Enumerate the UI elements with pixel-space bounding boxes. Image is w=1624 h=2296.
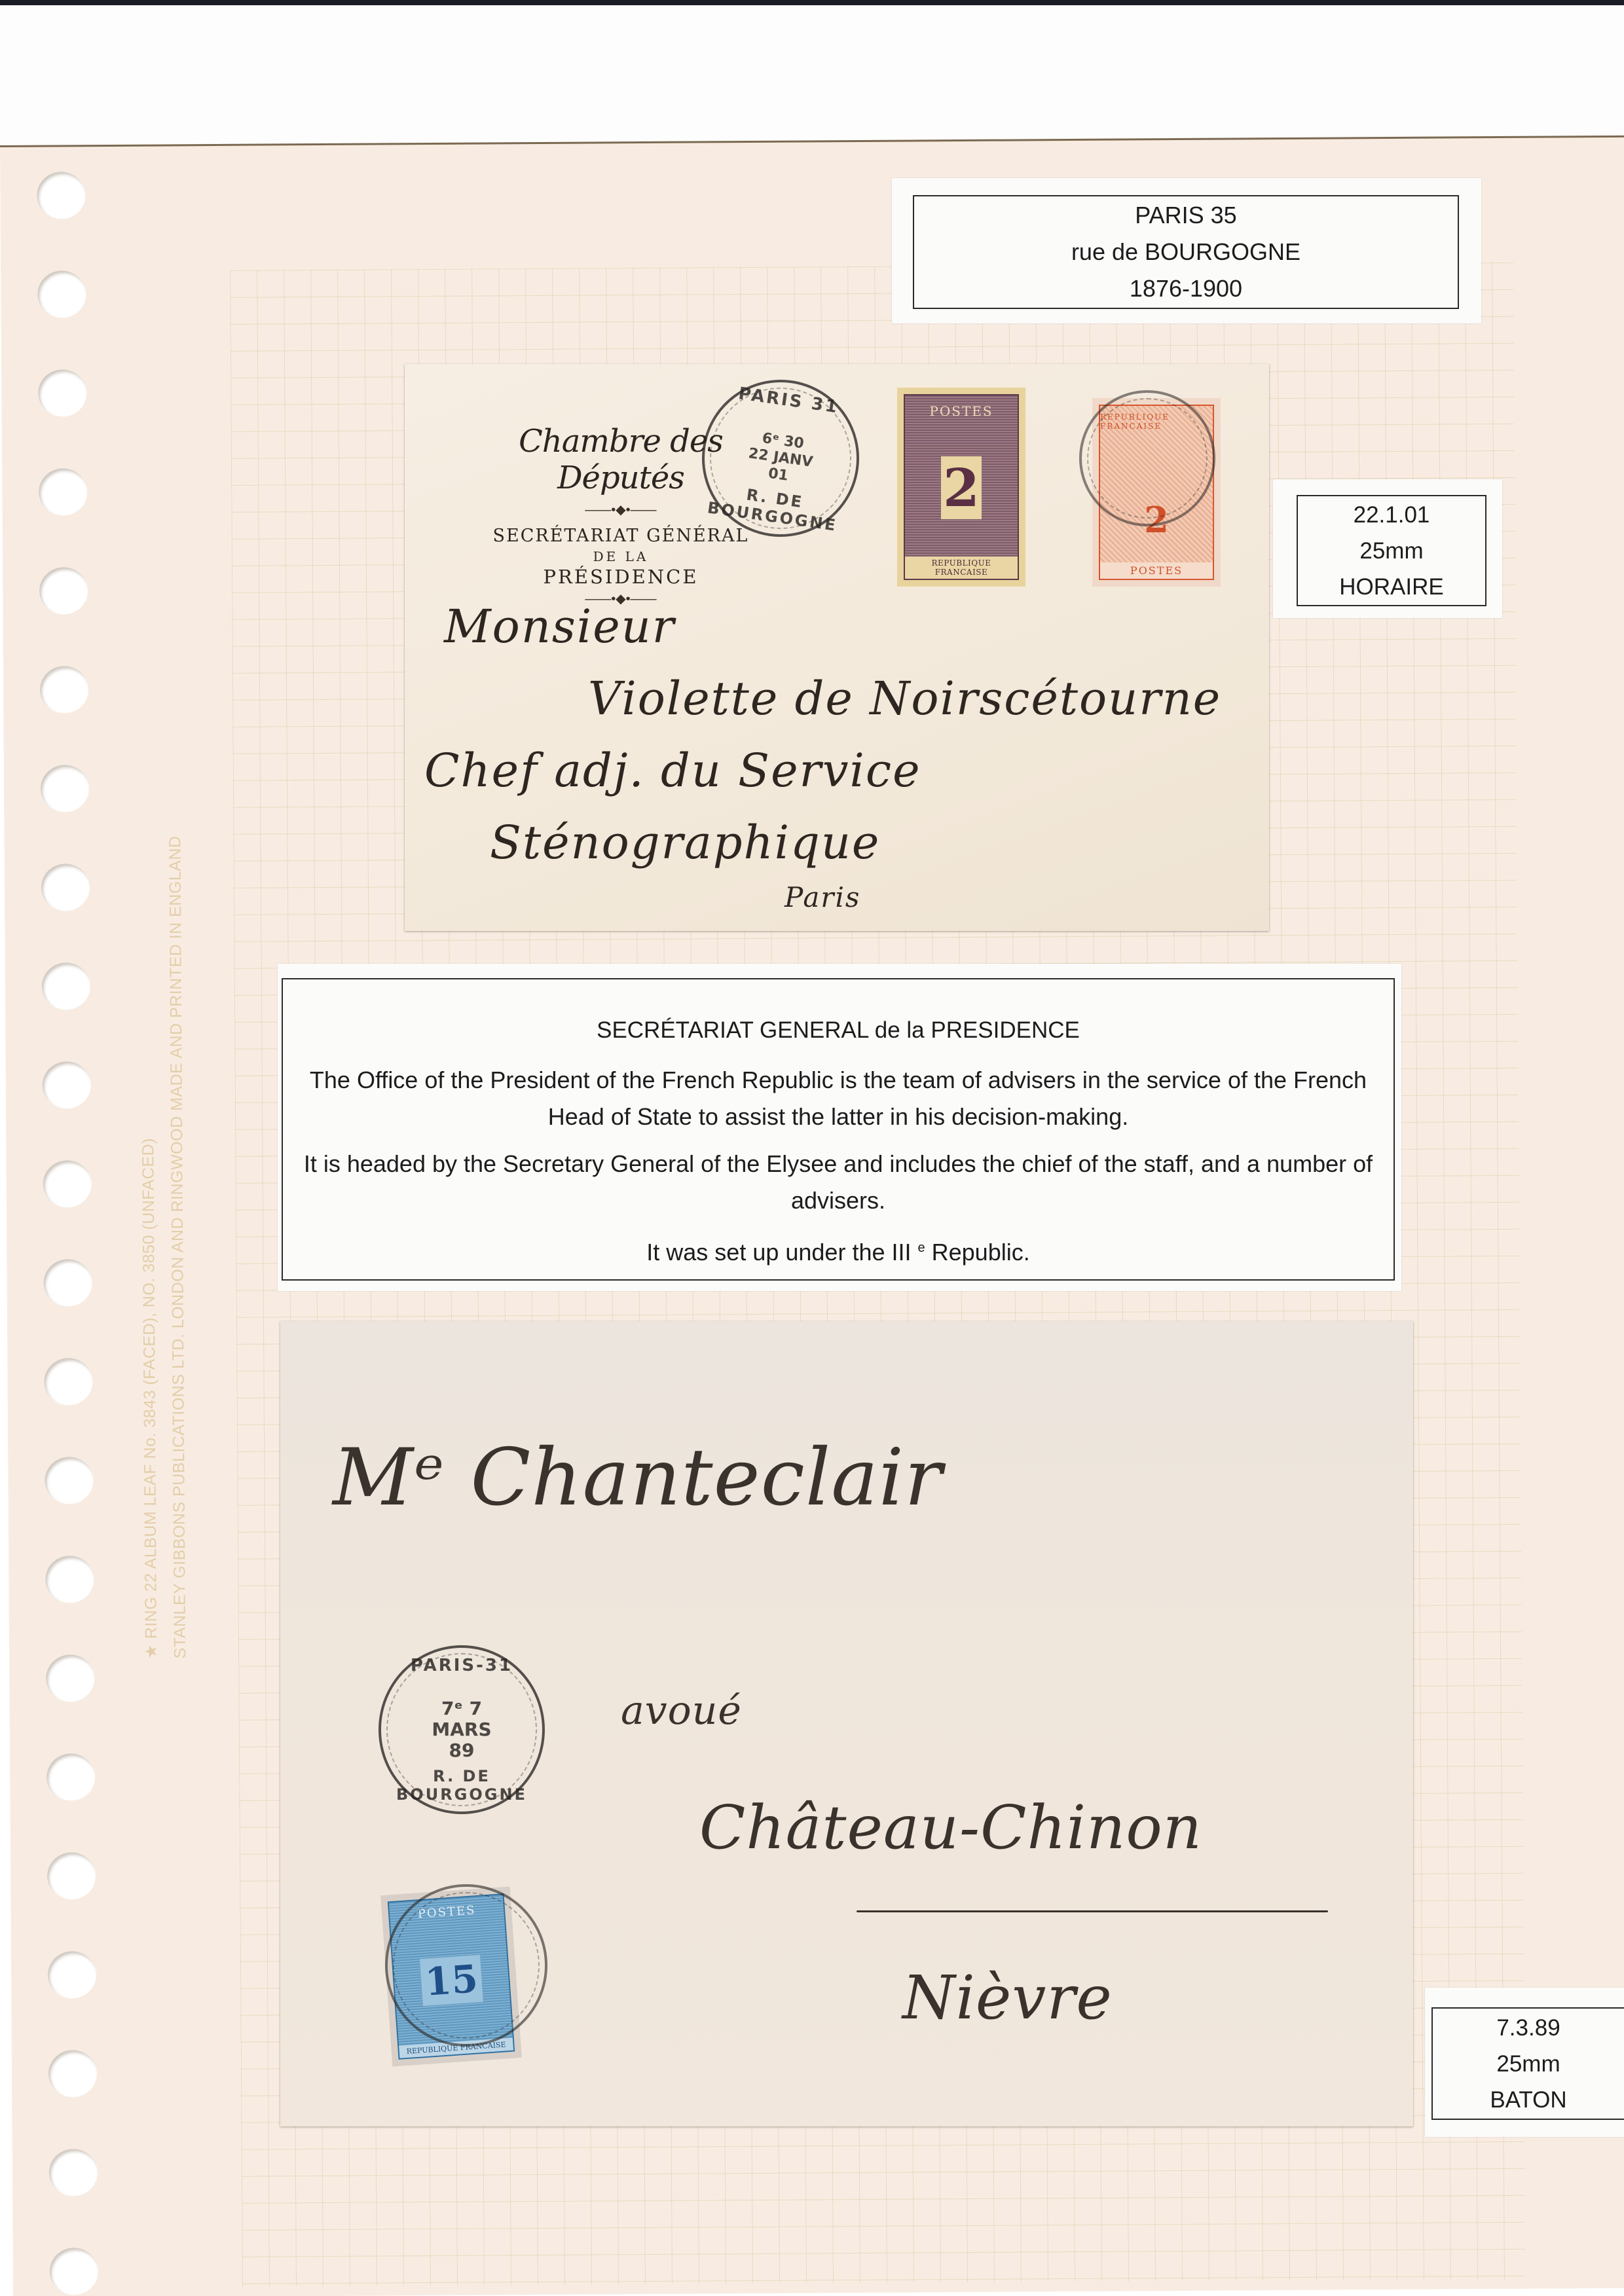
caption-date: 7.3.89 [1496, 2010, 1560, 2046]
punch-hole [48, 1951, 96, 1998]
title-label-card: PARIS 35 rue de BOURGOGNE 1876-1900 [892, 178, 1481, 323]
caption-size: 25mm [1496, 2046, 1560, 2082]
scan-edge [0, 0, 1624, 5]
caption-size: 25mm [1359, 533, 1423, 569]
punch-hole [37, 270, 86, 318]
address-line-2: Violette de Noirscétourne [588, 672, 1221, 725]
info-panel: SECRÉTARIAT GENERAL de la PRESIDENCE The… [282, 978, 1395, 1281]
caption-type: BATON [1490, 2082, 1566, 2118]
punch-hole [41, 864, 90, 911]
letterhead-line-1: SECRÉTARIAT GÉNÉRAL [483, 526, 758, 546]
punch-hole [43, 1259, 92, 1306]
punch-hole [40, 666, 88, 713]
punch-hole [47, 1852, 96, 1899]
cover-1-caption: 22.1.01 25mm HORAIRE [1297, 495, 1486, 606]
postmark-stamp-cancel [1079, 390, 1215, 526]
info-paragraph-3: It was set up under the III e Republic. [646, 1230, 1029, 1271]
info-paragraph-3-text: It was set up under the III [646, 1239, 917, 1266]
punch-hole [43, 1061, 91, 1108]
superscript-e: e [918, 1241, 925, 1255]
letterhead-line-2: DE LA [483, 549, 758, 564]
title-line-3: 1876-1900 [1130, 270, 1242, 307]
postmark-time: 7ᵉ 7 [441, 1698, 482, 1719]
address-line-4: Nièvre [902, 1963, 1113, 2033]
punch-hole [46, 1654, 94, 1702]
info-paragraph-3-suffix: Republic. [925, 1239, 1030, 1266]
punch-hole [49, 2149, 98, 2196]
punch-hole [44, 1358, 92, 1405]
scanner-background [0, 5, 1624, 149]
postmark-circular-date-stamp: PARIS-31 7ᵉ 7 MARS 89 R. DE BOURGOGNE [378, 1645, 545, 1814]
punch-hole [45, 1457, 93, 1504]
info-paragraph-2: It is headed by the Secretary General of… [301, 1146, 1375, 1219]
postmark-street: R. DE BOURGOGNE [381, 1767, 542, 1804]
title-line-2: rue de BOURGOGNE [1071, 234, 1301, 270]
imprint-line-1: ★ RING 22 ALBUM LEAF No. 3843 (FACED), N… [132, 808, 166, 1659]
postmark-date: MARS [432, 1719, 491, 1740]
postmark-date: 22 JANV [747, 445, 814, 471]
stamp-caption-bottom: POSTES [1100, 562, 1213, 579]
stamp-value: 2 [941, 456, 982, 519]
address-line-3: Chef adj. du Service [424, 744, 921, 797]
address-line-2: avoué [621, 1688, 742, 1734]
info-paragraph-1: The Office of the President of the Frenc… [301, 1062, 1375, 1135]
address-line-1: Monsieur [444, 600, 675, 653]
stamp-caption-bottom: REPUBLIQUE FRANCAISE [905, 556, 1018, 579]
punch-hole [50, 2248, 98, 2295]
punch-hole [39, 567, 88, 614]
cover-2-caption: 7.3.89 25mm BATON [1431, 2007, 1624, 2120]
cover-1-envelope: Chambre des Députés ——•◆•—— SECRÉTARIAT … [405, 364, 1269, 931]
album-imprint: ★ RING 22 ALBUM LEAF No. 3843 (FACED), N… [132, 807, 194, 1659]
stamp-caption-top: POSTES [929, 403, 993, 419]
punch-hole [41, 765, 89, 812]
stamp-sage-2c: POSTES 2 REPUBLIQUE FRANCAISE [897, 388, 1025, 587]
postmark-time: 6ᵉ 30 [761, 430, 805, 453]
address-line-5: Paris [784, 881, 860, 913]
punch-hole [46, 1753, 95, 1800]
punch-hole [42, 962, 90, 1010]
title-label: PARIS 35 rue de BOURGOGNE 1876-1900 [913, 195, 1459, 309]
underline-stroke [857, 1910, 1328, 1912]
cover-1-caption-card: 22.1.01 25mm HORAIRE [1273, 479, 1502, 618]
punch-hole [43, 1160, 91, 1207]
postmark-office: PARIS-31 [381, 1656, 542, 1675]
punch-hole [45, 1556, 94, 1603]
postmark-office: PARIS 31 [712, 380, 865, 421]
punch-hole [38, 369, 86, 416]
info-panel-card: SECRÉTARIAT GENERAL de la PRESIDENCE The… [278, 964, 1401, 1291]
cover-2-caption-card: 7.3.89 25mm BATON [1425, 1988, 1624, 2137]
address-line-1: Mᵉ Chanteclair [333, 1432, 943, 1523]
caption-type: HORAIRE [1339, 569, 1443, 605]
postmark-stamp-cancel [385, 1884, 547, 2047]
punch-hole [48, 2050, 97, 2097]
postmark-year: 01 [767, 465, 789, 485]
imprint-line-2: STANLEY GIBBONS PUBLICATIONS LTD. LONDON… [160, 807, 194, 1658]
title-line-1: PARIS 35 [1135, 197, 1236, 234]
address-line-3: Château-Chinon [699, 1793, 1202, 1863]
cover-2-envelope: Mᵉ Chanteclair avoué Château-Chinon Nièv… [280, 1321, 1413, 2126]
letterhead-line-3: PRÉSIDENCE [483, 566, 758, 588]
punch-hole [37, 172, 85, 219]
postmark-year: 89 [449, 1740, 475, 1761]
info-title: SECRÉTARIAT GENERAL de la PRESIDENCE [597, 1012, 1080, 1049]
punch-hole [39, 468, 87, 515]
address-line-4: Sténographique [490, 816, 880, 869]
caption-date: 22.1.01 [1354, 497, 1430, 533]
